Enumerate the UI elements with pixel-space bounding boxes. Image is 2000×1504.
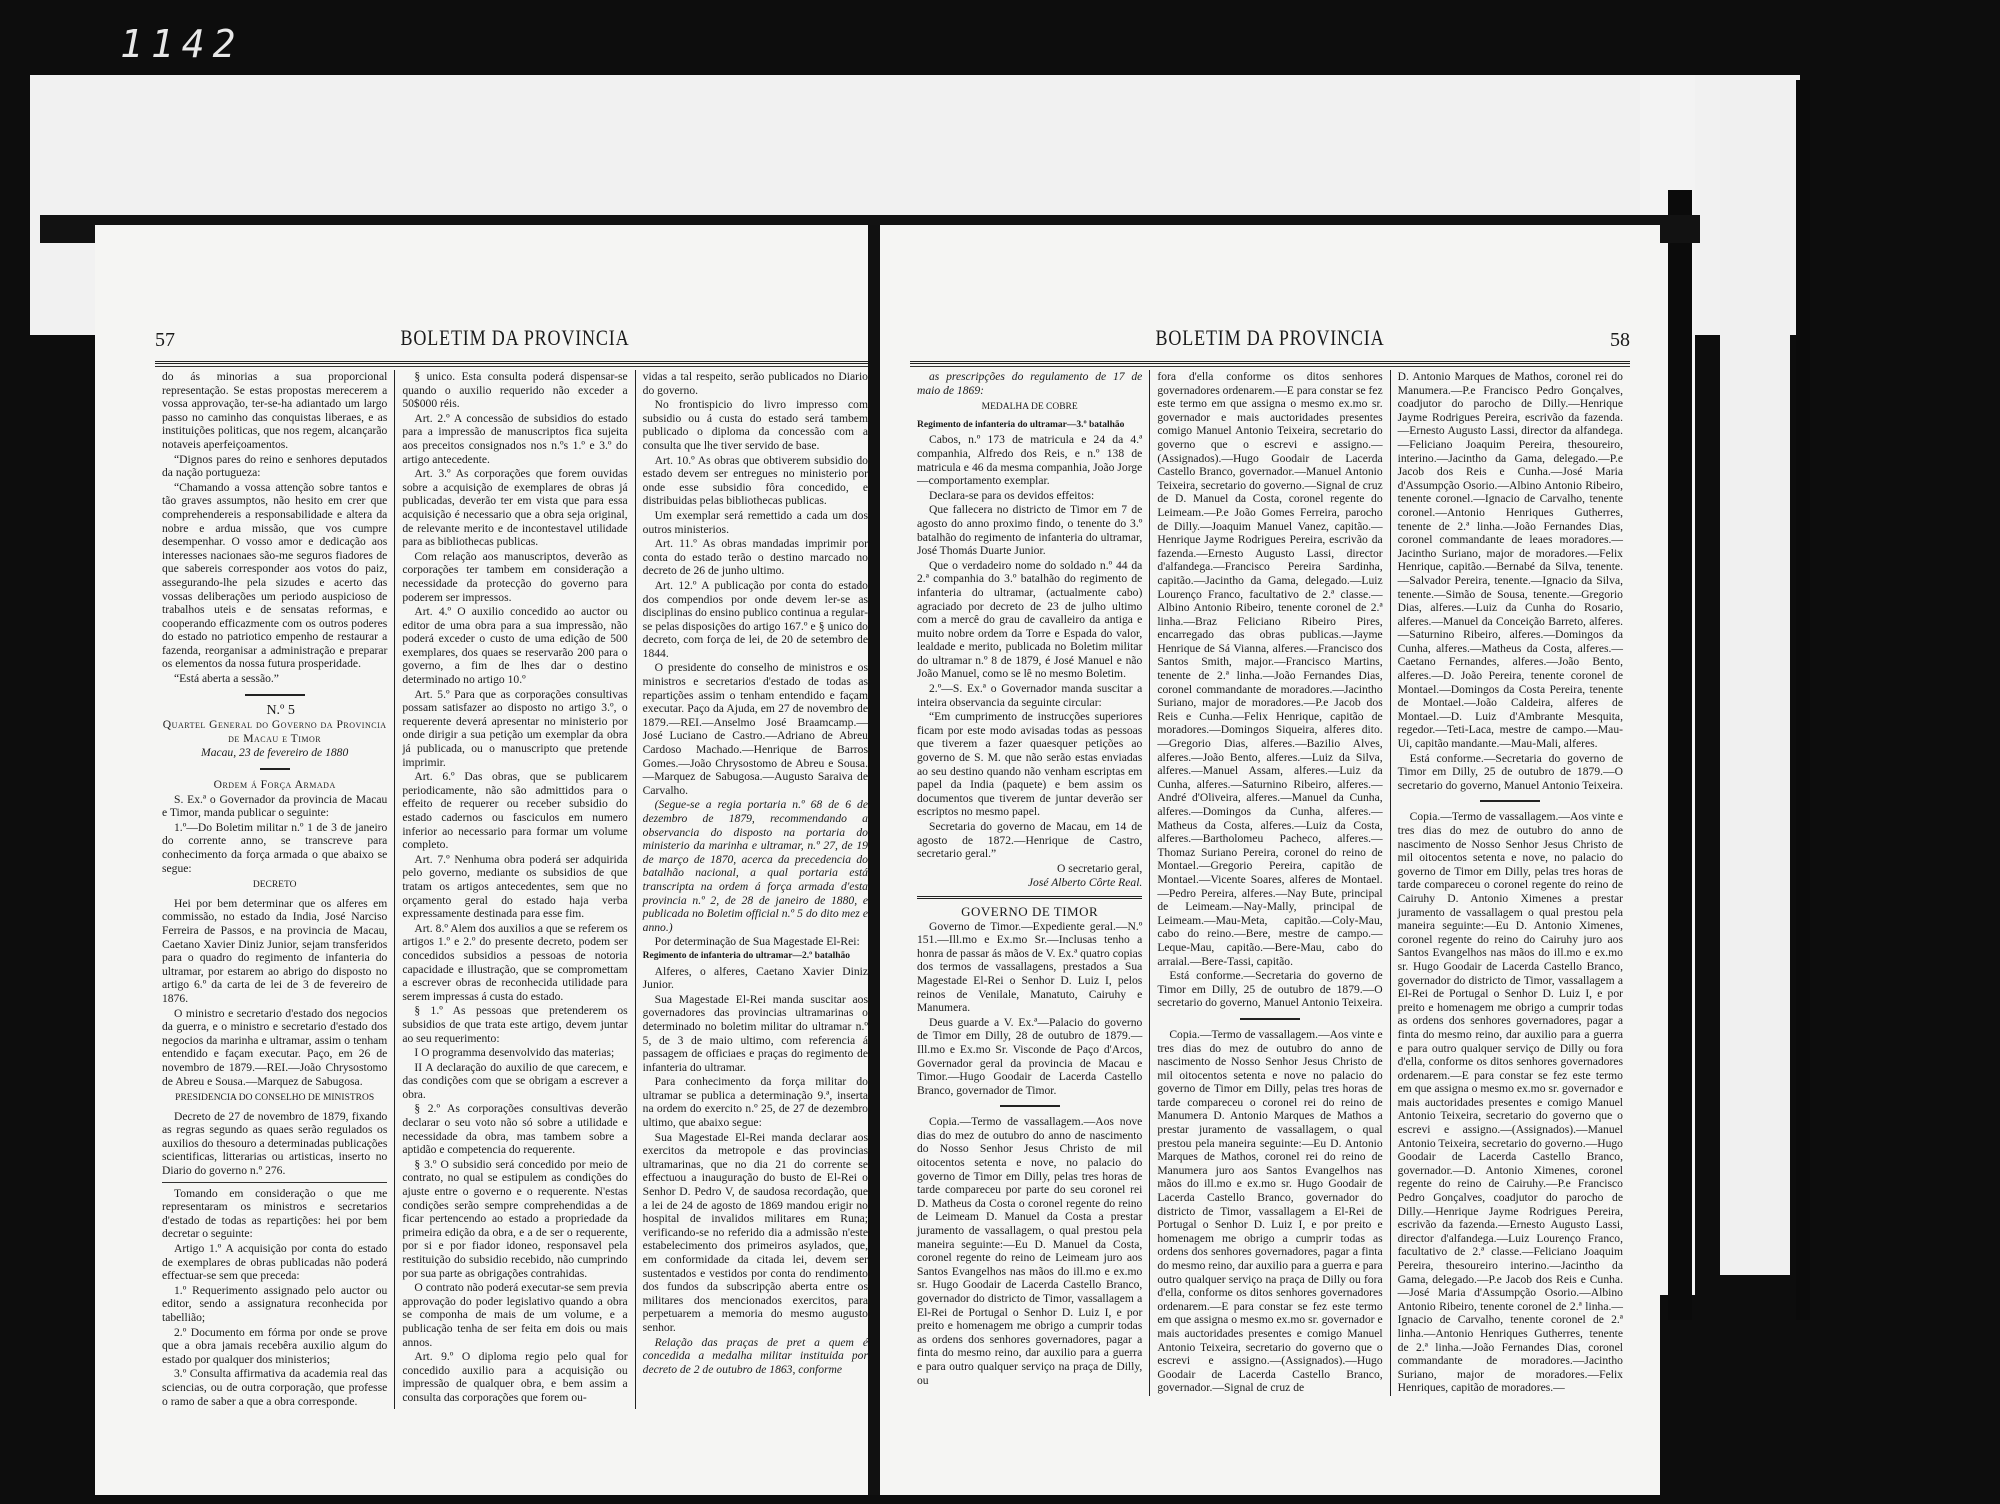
- paragraph: § 3.º O subsidio será concedido por meio…: [402, 1158, 627, 1280]
- ornamental-rule: [1000, 1105, 1060, 1107]
- page-number: 57: [155, 329, 175, 352]
- running-head-title: BOLETIM DA PROVINCIA: [220, 325, 810, 351]
- paragraph: Que fallecera no districto de Timor em 7…: [917, 503, 1142, 557]
- paragraph: Está conforme.—Secretaria do governo de …: [1157, 969, 1382, 1010]
- paragraph: Alferes, o alferes, Caetano Xavier Diniz…: [643, 965, 868, 992]
- section-divider: [917, 896, 1142, 899]
- paragraph: O presidente do conselho de ministros e …: [643, 661, 868, 797]
- paragraph: “Está aberta a sessão.”: [162, 672, 387, 686]
- paragraph: Por determinação de Sua Magestade El-Rei…: [643, 935, 868, 949]
- paragraph: 2.º Documento em fórma por onde se prove…: [162, 1326, 387, 1367]
- paragraph: Que o verdadeiro nome do soldado n.º 44 …: [917, 559, 1142, 681]
- paragraph: Um exemplar será remettido a cada um dos…: [643, 509, 868, 536]
- ornamental-rule: [245, 694, 305, 696]
- paragraph: Decreto de 27 de novembro de 1879, fixan…: [162, 1110, 387, 1178]
- paragraph: Art. 5.º Para que as corporações consult…: [402, 688, 627, 770]
- running-head-title: BOLETIM DA PROVINCIA: [975, 325, 1565, 351]
- film-edge: [1796, 80, 1810, 1320]
- paragraph: Art. 4.º O auxilio concedido ao auctor o…: [402, 605, 627, 687]
- paragraph: do ás minorias a sua proporcional repres…: [162, 370, 387, 452]
- paragraph: Declara-se para os devidos effeitos:: [917, 489, 1142, 503]
- signature-title: O secretario geral,: [917, 862, 1142, 876]
- note-paragraph: Relação das praças de pret a quem é conc…: [643, 1336, 868, 1377]
- paragraph: Artigo 1.º A acquisição por conta do est…: [162, 1242, 387, 1283]
- paragraph: 1.º Requerimento assignado pelo auctor o…: [162, 1284, 387, 1325]
- paragraph: 1.º—Do Boletim militar n.º 1 de 3 de jan…: [162, 821, 387, 875]
- paragraph: Sua Magestade El-Rei manda declarar aos …: [643, 1131, 868, 1335]
- paragraph: Governo de Timor.—Expediente geral.—N.º …: [917, 920, 1142, 1015]
- paragraph: Art. 9.º O diploma regio pelo qual for c…: [402, 1350, 627, 1404]
- paragraph: O ministro e secretario d'estado dos neg…: [162, 1007, 387, 1089]
- columns: as prescripções do regulamento de 17 de …: [910, 370, 1630, 1396]
- dateline: Macau, 23 de fevereiro de 1880: [162, 746, 387, 760]
- film-edge: [1668, 190, 1692, 1320]
- paragraph: II A declaração do auxilio de que carece…: [402, 1061, 627, 1102]
- paragraph: Art. 2.º A concessão de subsidios do est…: [402, 412, 627, 466]
- paragraph: Art. 8.º Alem dos auxilios a que se refe…: [402, 922, 627, 1004]
- running-head: 57 BOLETIM DA PROVINCIA: [155, 325, 875, 359]
- paragraph: I O programma desenvolvido das materias;: [402, 1046, 627, 1060]
- film-frame-number: 1142: [120, 22, 244, 66]
- subheading: PRESIDENCIA DO CONSELHO DE MINISTROS: [162, 1092, 387, 1106]
- text-column: vidas a tal respeito, serão publicados n…: [635, 370, 875, 1409]
- section-heading: Quartel General do Governo da Provincia …: [162, 718, 387, 745]
- page-number: 58: [1610, 329, 1630, 352]
- ornamental-rule: [1240, 1018, 1300, 1020]
- background-strip: [1720, 75, 1790, 1275]
- paragraph: Copia.—Termo de vassallagem.—Aos nove di…: [917, 1115, 1142, 1387]
- section-number: N.º 5: [162, 704, 387, 718]
- section-heading: Ordem á Força Armada: [162, 778, 387, 792]
- columns: do ás minorias a sua proporcional repres…: [155, 370, 875, 1409]
- ornamental-rule: [1480, 800, 1540, 802]
- paragraph: “Em cumprimento de instrucções superiore…: [917, 710, 1142, 819]
- paragraph: Art. 10.º As obras que obtiverem subsidi…: [643, 454, 868, 508]
- subheading: DECRETO: [162, 879, 387, 893]
- header-rule: [155, 361, 875, 367]
- text-column: fora d'ella conforme os ditos senhores g…: [1149, 370, 1389, 1396]
- ornamental-rule: [260, 768, 290, 770]
- signature-name: José Alberto Côrte Real.: [917, 876, 1142, 890]
- section-title: GOVERNO DE TIMOR: [917, 905, 1142, 919]
- paragraph: Cabos, n.º 173 de matricula e 24 da 4.ª …: [917, 433, 1142, 487]
- subheading: Regimento de infanteria do ultramar—2.º …: [643, 950, 868, 964]
- paragraph: Art. 12.º A publicação por conta do esta…: [643, 579, 868, 661]
- page-58: BOLETIM DA PROVINCIA 58 as prescripções …: [880, 225, 1660, 1495]
- paragraph: 3.º Consulta affirmativa da academia rea…: [162, 1367, 387, 1408]
- paragraph: § 2.º As corporações consultivas deverão…: [402, 1102, 627, 1156]
- paragraph: § unico. Esta consulta poderá dispensar-…: [402, 370, 627, 411]
- paragraph: Art. 7.º Nenhuma obra poderá ser adquiri…: [402, 853, 627, 921]
- paragraph: 2.º—S. Ex.ª o Governador manda suscitar …: [917, 682, 1142, 709]
- paragraph: D. Antonio Marques de Mathos, coronel re…: [1398, 370, 1623, 751]
- note-paragraph: (Segue-se a regia portaria n.º 68 de 6 d…: [643, 798, 868, 934]
- paragraph: Copia.—Termo de vassallagem.—Aos vinte e…: [1398, 810, 1623, 1395]
- paragraph: Deus guarde a V. Ex.ª—Palacio do governo…: [917, 1016, 1142, 1098]
- subheading: Regimento de infanteria do ultramar—3.º …: [917, 419, 1142, 433]
- paragraph: Secretaria do governo de Macau, em 14 de…: [917, 820, 1142, 861]
- paragraph: § 1.º As pessoas que pretenderem os subs…: [402, 1004, 627, 1045]
- paragraph: “Chamando a vossa attenção sobre tantos …: [162, 481, 387, 671]
- paragraph: Para conhecimento da força militar do ul…: [643, 1075, 868, 1129]
- paragraph: “Dignos pares do reino e senhores deputa…: [162, 453, 387, 480]
- page-57: 57 BOLETIM DA PROVINCIA do ás minorias a…: [95, 225, 875, 1495]
- paragraph: S. Ex.ª o Governador da provincia de Mac…: [162, 793, 387, 820]
- text-column: as prescripções do regulamento de 17 de …: [910, 370, 1149, 1396]
- text-column: § unico. Esta consulta poderá dispensar-…: [394, 370, 634, 1409]
- paragraph: Copia.—Termo de vassallagem.—Aos vinte e…: [1157, 1028, 1382, 1395]
- paragraph: Tomando em consideração o que me represe…: [162, 1187, 387, 1241]
- paragraph: Está conforme.—Secretaria do governo de …: [1398, 752, 1623, 793]
- paragraph: fora d'ella conforme os ditos senhores g…: [1157, 370, 1382, 968]
- paragraph: Com relação aos manuscriptos, deverão as…: [402, 550, 627, 604]
- paragraph: O contrato não poderá executar-se sem pr…: [402, 1281, 627, 1349]
- text-column: do ás minorias a sua proporcional repres…: [155, 370, 394, 1409]
- note-paragraph: as prescripções do regulamento de 17 de …: [917, 370, 1142, 397]
- header-rule: [910, 361, 1630, 367]
- paragraph: Hei por bem determinar que os alferes em…: [162, 897, 387, 1006]
- paragraph: Sua Magestade El-Rei manda suscitar aos …: [643, 993, 868, 1075]
- paragraph: vidas a tal respeito, serão publicados n…: [643, 370, 868, 397]
- text-column: D. Antonio Marques de Mathos, coronel re…: [1390, 370, 1630, 1396]
- divider: [162, 1182, 387, 1183]
- subheading: MEDALHA DE COBRE: [917, 401, 1142, 415]
- running-head: BOLETIM DA PROVINCIA 58: [910, 325, 1630, 359]
- paragraph: Art. 6.º Das obras, que se publicarem pe…: [402, 770, 627, 852]
- paragraph: Art. 3.º As corporações que forem ouvida…: [402, 467, 627, 549]
- paragraph: Art. 11.º As obras mandadas imprimir por…: [643, 537, 868, 578]
- film-border: [1810, 80, 2000, 1504]
- paragraph: No frontispicio do livro impresso com su…: [643, 398, 868, 452]
